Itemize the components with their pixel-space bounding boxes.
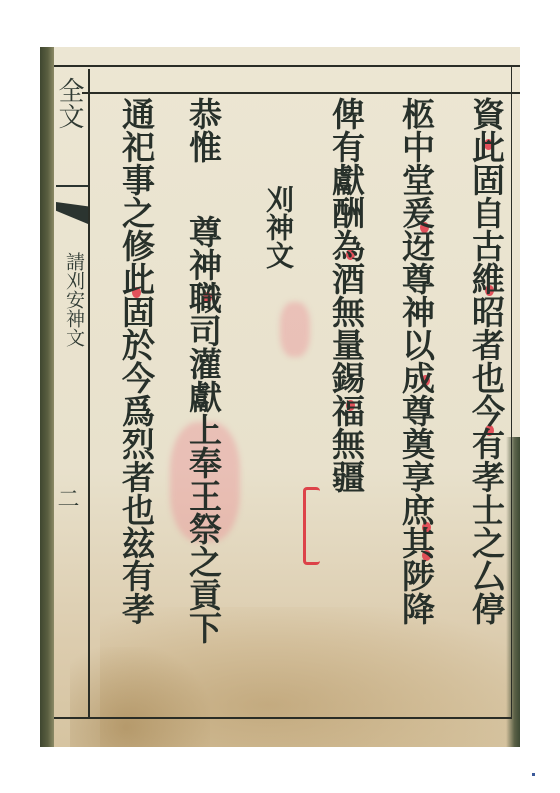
text-column-6: 通祀事之修此固於今爲烈者也玆有孝 <box>98 97 158 625</box>
book-page: 全文 請刈安神文 二 資此固自古維昭者也今有孝士之厶停 柩中堂爰迓尊神以成尊奠享… <box>40 47 520 747</box>
fishtail-mark <box>56 202 88 224</box>
top-inner-rule <box>82 92 520 94</box>
text-column-4-heading: 刈神文 <box>238 185 298 269</box>
margin-subtitle: 請刈安神文 <box>58 252 86 347</box>
text-column-2: 柩中堂爰迓尊神以成尊奠享庶其陟降 <box>378 97 438 625</box>
water-stain-left <box>70 647 210 747</box>
red-ink-wash <box>280 302 310 357</box>
text-column-3: 俾有獻酬為酒無量錫福無疆 <box>308 97 368 493</box>
text-column-5-opening: 恭惟 <box>165 97 225 197</box>
fishtail-rule <box>56 185 88 187</box>
margin-folio-number: 二 <box>54 487 82 509</box>
page-edge-shadow <box>506 437 520 747</box>
book-spine <box>40 47 54 747</box>
margin-title: 全文 <box>56 77 86 129</box>
top-border-rule <box>54 65 520 67</box>
text-column-5-body: 尊神職司灌獻上奉王祭之貢下 <box>165 215 225 644</box>
bottom-border-rule <box>54 717 512 719</box>
red-ink-bracket <box>303 487 320 565</box>
water-stain <box>100 607 520 747</box>
right-border-rule <box>511 65 513 719</box>
margin-divider-rule <box>88 69 90 719</box>
text-column-1: 資此固自古維昭者也今有孝士之厶停 <box>448 97 508 625</box>
scan-artifact <box>532 773 535 776</box>
